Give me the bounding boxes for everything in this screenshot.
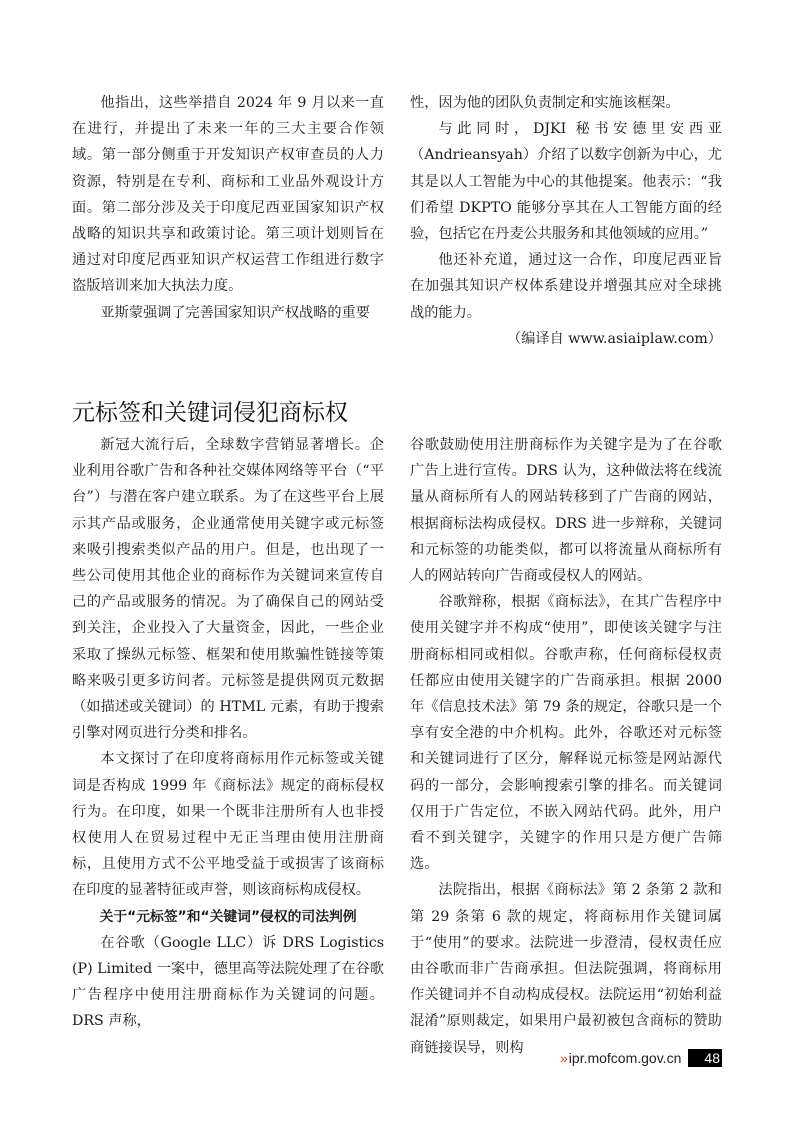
site-url[interactable]: ipr.mofcom.gov.cn xyxy=(569,1050,682,1066)
paragraph: 在谷歌（Google LLC）诉 DRS Logistics (P) Limit… xyxy=(72,930,384,1035)
chevron-right-icon: » xyxy=(560,1050,566,1066)
paragraph: 法院指出，根据《商标法》第 2 条第 2 款和第 29 条第 6 款的规定，将商… xyxy=(410,877,722,1060)
page-footer: » ipr.mofcom.gov.cn xyxy=(560,1048,681,1068)
paragraph: 他还补充道，通过这一合作，印度尼西亚旨在加强其知识产权体系建设并增强其应对全球挑… xyxy=(410,247,722,326)
top-right-column: 性，因为他的团队负责制定和实施该框架。 与此同时，DJKI 秘书安德里安西亚（A… xyxy=(410,90,722,352)
paragraph: 谷歌辩称，根据《商标法》，在其广告程序中使用关键字并不构成“使用”，即使该关键字… xyxy=(410,589,722,877)
article-right-column: 谷歌鼓励使用注册商标作为关键字是为了在谷歌广告上进行宣传。DRS 认为，这种做法… xyxy=(410,432,722,1061)
paragraph: 本文探讨了在印度将商标用作元标签或关键词是否构成 1999 年《商标法》规定的商… xyxy=(72,746,384,903)
paragraph-text: 他还补充道，通过这一合作，印度尼西亚旨在加强其知识产权体系建设并增强其应对全球挑… xyxy=(410,252,722,320)
source-note: （编译自 www.asiaiplaw.com） xyxy=(479,326,722,352)
paragraph: 谷歌鼓励使用注册商标作为关键字是为了在谷歌广告上进行宣传。DRS 认为，这种做法… xyxy=(410,432,722,589)
article-title: 元标签和关键词侵犯商标权 xyxy=(72,394,348,427)
top-left-column: 他指出，这些举措自 2024 年 9 月以来一直在进行，并提出了未来一年的三大主… xyxy=(72,90,384,326)
paragraph: 亚斯蒙强调了完善国家知识产权战略的重要 xyxy=(72,300,384,326)
section-heading: 关于“元标签”和“关键词”侵权的司法判例 xyxy=(72,904,384,930)
paragraph: 与此同时，DJKI 秘书安德里安西亚（Andrieansyah）介绍了以数字创新… xyxy=(410,116,722,247)
page-number: 48 xyxy=(688,1049,722,1067)
paragraph: 性，因为他的团队负责制定和实施该框架。 xyxy=(410,90,722,116)
article-left-column: 新冠大流行后，全球数字营销显著增长。企业利用谷歌广告和各种社交媒体网络等平台（“… xyxy=(72,432,384,1035)
paragraph: 新冠大流行后，全球数字营销显著增长。企业利用谷歌广告和各种社交媒体网络等平台（“… xyxy=(72,432,384,746)
paragraph: 他指出，这些举措自 2024 年 9 月以来一直在进行，并提出了未来一年的三大主… xyxy=(72,90,384,300)
